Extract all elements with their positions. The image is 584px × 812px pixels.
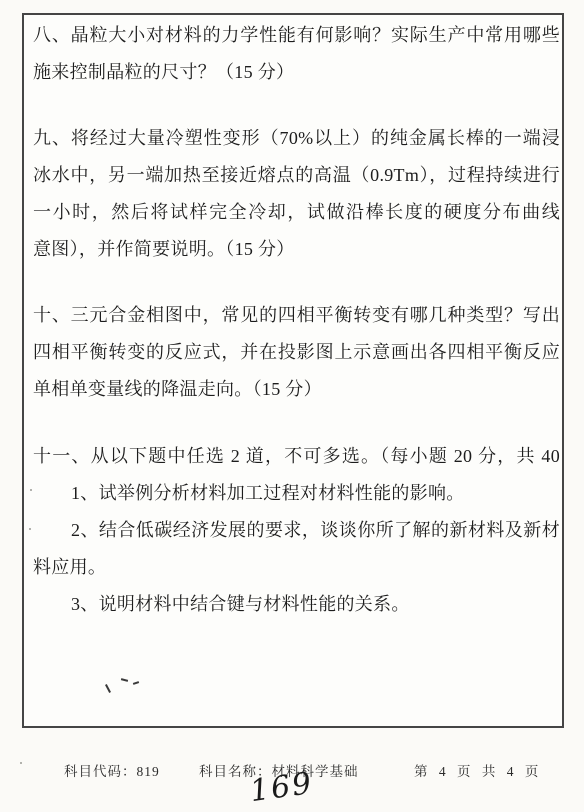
question-10-line-3: 单相单变量线的降温走向。（15 分） (33, 371, 560, 408)
question-11-item-1: 1、试举例分析材料加工过程对材料性能的影响。 (33, 475, 560, 512)
question-11: 十一、从以下题中任选 2 道，不可多选。（每小题 20 分，共 40 分） 1、… (33, 438, 560, 623)
handwritten-page-number: 169 (248, 766, 316, 809)
question-11-heading: 十一、从以下题中任选 2 道，不可多选。（每小题 20 分，共 40 分） (33, 438, 560, 475)
question-9: 九、将经过大量冷塑性变形（70%以上）的纯金属长棒的一端浸入 冰水中，另一端加热… (33, 120, 560, 268)
footer-subject-code: 科目代码：819 (64, 760, 160, 780)
footer-page-indicator: 第 4 页 共 4 页 (414, 760, 542, 780)
question-10-line-1: 十、三元合金相图中，常见的四相平衡转变有哪几种类型？写出各 (33, 297, 560, 334)
scan-speck (20, 762, 22, 764)
question-8-line-2: 施来控制晶粒的尺寸？（15 分） (33, 54, 560, 91)
question-9-line-1: 九、将经过大量冷塑性变形（70%以上）的纯金属长棒的一端浸入 (33, 120, 560, 157)
question-8: 八、晶粒大小对材料的力学性能有何影响？实际生产中常用哪些措 施来控制晶粒的尺寸？… (33, 17, 560, 91)
scan-speck (30, 489, 32, 491)
question-8-line-1: 八、晶粒大小对材料的力学性能有何影响？实际生产中常用哪些措 (33, 17, 560, 54)
question-11-item-3: 3、说明材料中结合键与材料性能的关系。 (33, 586, 560, 623)
question-10-line-2: 四相平衡转变的反应式，并在投影图上示意画出各四相平衡反应的 (33, 334, 560, 371)
question-11-item-2: 2、结合低碳经济发展的要求，谈谈你所了解的新材料及新材 (33, 512, 560, 549)
question-10: 十、三元合金相图中，常见的四相平衡转变有哪几种类型？写出各 四相平衡转变的反应式… (33, 297, 560, 408)
question-11-item-2-continued: 料应用。 (33, 549, 560, 586)
question-9-line-3: 一小时，然后将试样完全冷却，试做沿棒长度的硬度分布曲线（示 (33, 194, 560, 231)
question-9-line-4: 意图），并作简要说明。（15 分） (33, 231, 560, 268)
scan-speck (29, 528, 31, 530)
exam-body: 八、晶粒大小对材料的力学性能有何影响？实际生产中常用哪些措 施来控制晶粒的尺寸？… (33, 17, 560, 623)
question-9-line-2: 冰水中，另一端加热至接近熔点的高温（0.9Tm），过程持续进行 (33, 157, 560, 194)
